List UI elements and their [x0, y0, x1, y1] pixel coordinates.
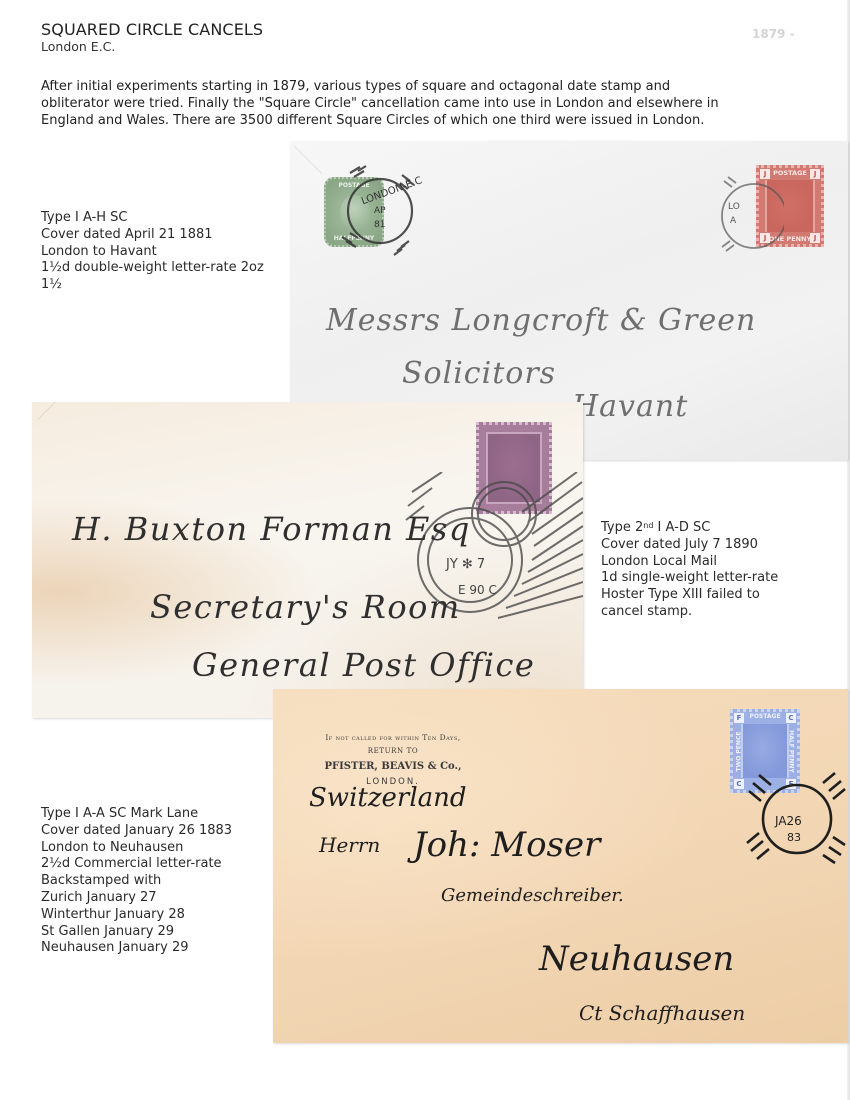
- fold-line: [293, 145, 322, 174]
- stamp-right-text: HALF PENNY: [788, 730, 795, 774]
- caption-line: Winterthur January 28: [41, 907, 232, 924]
- corner-letter: F: [734, 713, 744, 723]
- caption-line: St Gallen January 29: [41, 924, 232, 941]
- caption-type: Type 2: [601, 520, 643, 535]
- cover-2-envelope: JY ✻ 7 E 90 C H. Buxton Forman Esq Secre…: [32, 402, 583, 718]
- stamp-bottom-text: HALFPENNY: [326, 235, 382, 242]
- caption-line: Cover dated January 26 1883: [41, 823, 232, 840]
- caption-line: 1½: [41, 277, 264, 294]
- year-mark: 1879 -: [752, 27, 795, 41]
- corner-letter: J: [810, 233, 820, 243]
- svg-text:E 90 C: E 90 C: [458, 583, 497, 597]
- page-title: SQUARED CIRCLE CANCELS: [41, 20, 263, 39]
- corner-letter: J: [760, 169, 770, 179]
- address-line: Havant: [572, 389, 688, 424]
- address-line: Messrs Longcroft & Green: [326, 303, 756, 338]
- caption-line: Zurich January 27: [41, 890, 232, 907]
- corner-letter: J: [810, 169, 820, 179]
- cover-3-caption: Type I A-A SC Mark Lane Cover dated Janu…: [41, 806, 232, 957]
- address-line: Joh: Moser: [413, 825, 600, 865]
- address-line: Herrn: [319, 833, 380, 857]
- corner-letter: J: [760, 233, 770, 243]
- caption-superscript: nd: [643, 521, 653, 530]
- caption-line: London Local Mail: [601, 554, 778, 571]
- caption-line: Type I A-A SC Mark Lane: [41, 806, 232, 823]
- one-penny-stamp: POSTAGE ONE PENNY J J J J: [756, 165, 824, 247]
- corner-letter: C: [786, 713, 796, 723]
- cover-3-envelope: If not called for within Ten Days, RETUR…: [273, 689, 848, 1043]
- caption-line: London to Neuhausen: [41, 840, 232, 857]
- twopence-halfpenny-stamp: POSTAGE TWO PENCE HALF PENNY F C C F: [730, 709, 800, 793]
- corner-letter: C: [734, 779, 744, 789]
- intro-paragraph: After initial experiments starting in 18…: [41, 78, 831, 129]
- caption-line: London to Havant: [41, 244, 264, 261]
- page-subtitle: London E.C.: [41, 39, 115, 54]
- address-line: H. Buxton Forman Esq: [72, 510, 471, 548]
- svg-text:LO: LO: [728, 202, 740, 212]
- caption-line: Neuhausen January 29: [41, 940, 232, 957]
- caption-line: 1½d double-weight letter-rate 2oz: [41, 260, 264, 277]
- cover-1-caption: Type I A-H SC Cover dated April 21 1881 …: [41, 210, 264, 294]
- address-line: Switzerland: [309, 783, 467, 813]
- caption-line: Cover dated July 7 1890: [601, 537, 778, 554]
- stamp-top-text: POSTAGE: [326, 182, 382, 189]
- caption-line: Hoster Type XIII failed to: [601, 587, 778, 604]
- caption-type-rest: I A-D SC: [653, 520, 710, 535]
- queen-portrait-icon: [340, 195, 370, 229]
- halfpenny-stamp: POSTAGE HALFPENNY: [324, 177, 384, 247]
- address-line: General Post Office: [192, 646, 535, 684]
- return-to-label: RETURN TO: [293, 747, 493, 755]
- caption-line: cancel stamp.: [601, 604, 778, 621]
- address-line: Secretary's Room: [150, 588, 461, 626]
- intro-line: obliterator were tried. Finally the "Squ…: [41, 95, 831, 112]
- intro-line: England and Wales. There are 3500 differ…: [41, 112, 831, 129]
- caption-line: 1d single-weight letter-rate: [601, 570, 778, 587]
- queen-portrait-icon: [765, 180, 815, 232]
- address-line: Ct Schaffhausen: [579, 1001, 745, 1025]
- cancel-date-text: JY ✻ 7: [445, 557, 485, 572]
- svg-text:83: 83: [787, 831, 801, 844]
- caption-line: Backstamped with: [41, 873, 232, 890]
- cover-2-caption: Type 2nd I A-D SC Cover dated July 7 189…: [601, 520, 778, 621]
- return-notice: If not called for within Ten Days,: [293, 733, 493, 742]
- corner-letter: F: [786, 779, 796, 789]
- caption-line: Type I A-H SC: [41, 210, 264, 227]
- sender-firm: PFISTER, BEAVIS & Co.,: [293, 761, 493, 772]
- caption-line: 2½d Commercial letter-rate: [41, 856, 232, 873]
- address-line: Neuhausen: [539, 939, 734, 979]
- intro-line: After initial experiments starting in 18…: [41, 78, 831, 95]
- svg-text:A: A: [730, 216, 737, 226]
- penny-lilac-stamp: [476, 422, 552, 514]
- stamp-left-text: TWO PENCE: [736, 730, 743, 774]
- svg-text:JA26: JA26: [774, 814, 802, 828]
- caption-line: Cover dated April 21 1881: [41, 227, 264, 244]
- queen-portrait-icon: [741, 724, 789, 778]
- fold-line: [37, 402, 73, 420]
- queen-portrait-icon: [486, 432, 542, 504]
- address-line: Solicitors: [402, 356, 556, 391]
- address-line: Gemeindeschreiber.: [441, 885, 624, 906]
- caption-line: Type 2nd I A-D SC: [601, 520, 778, 537]
